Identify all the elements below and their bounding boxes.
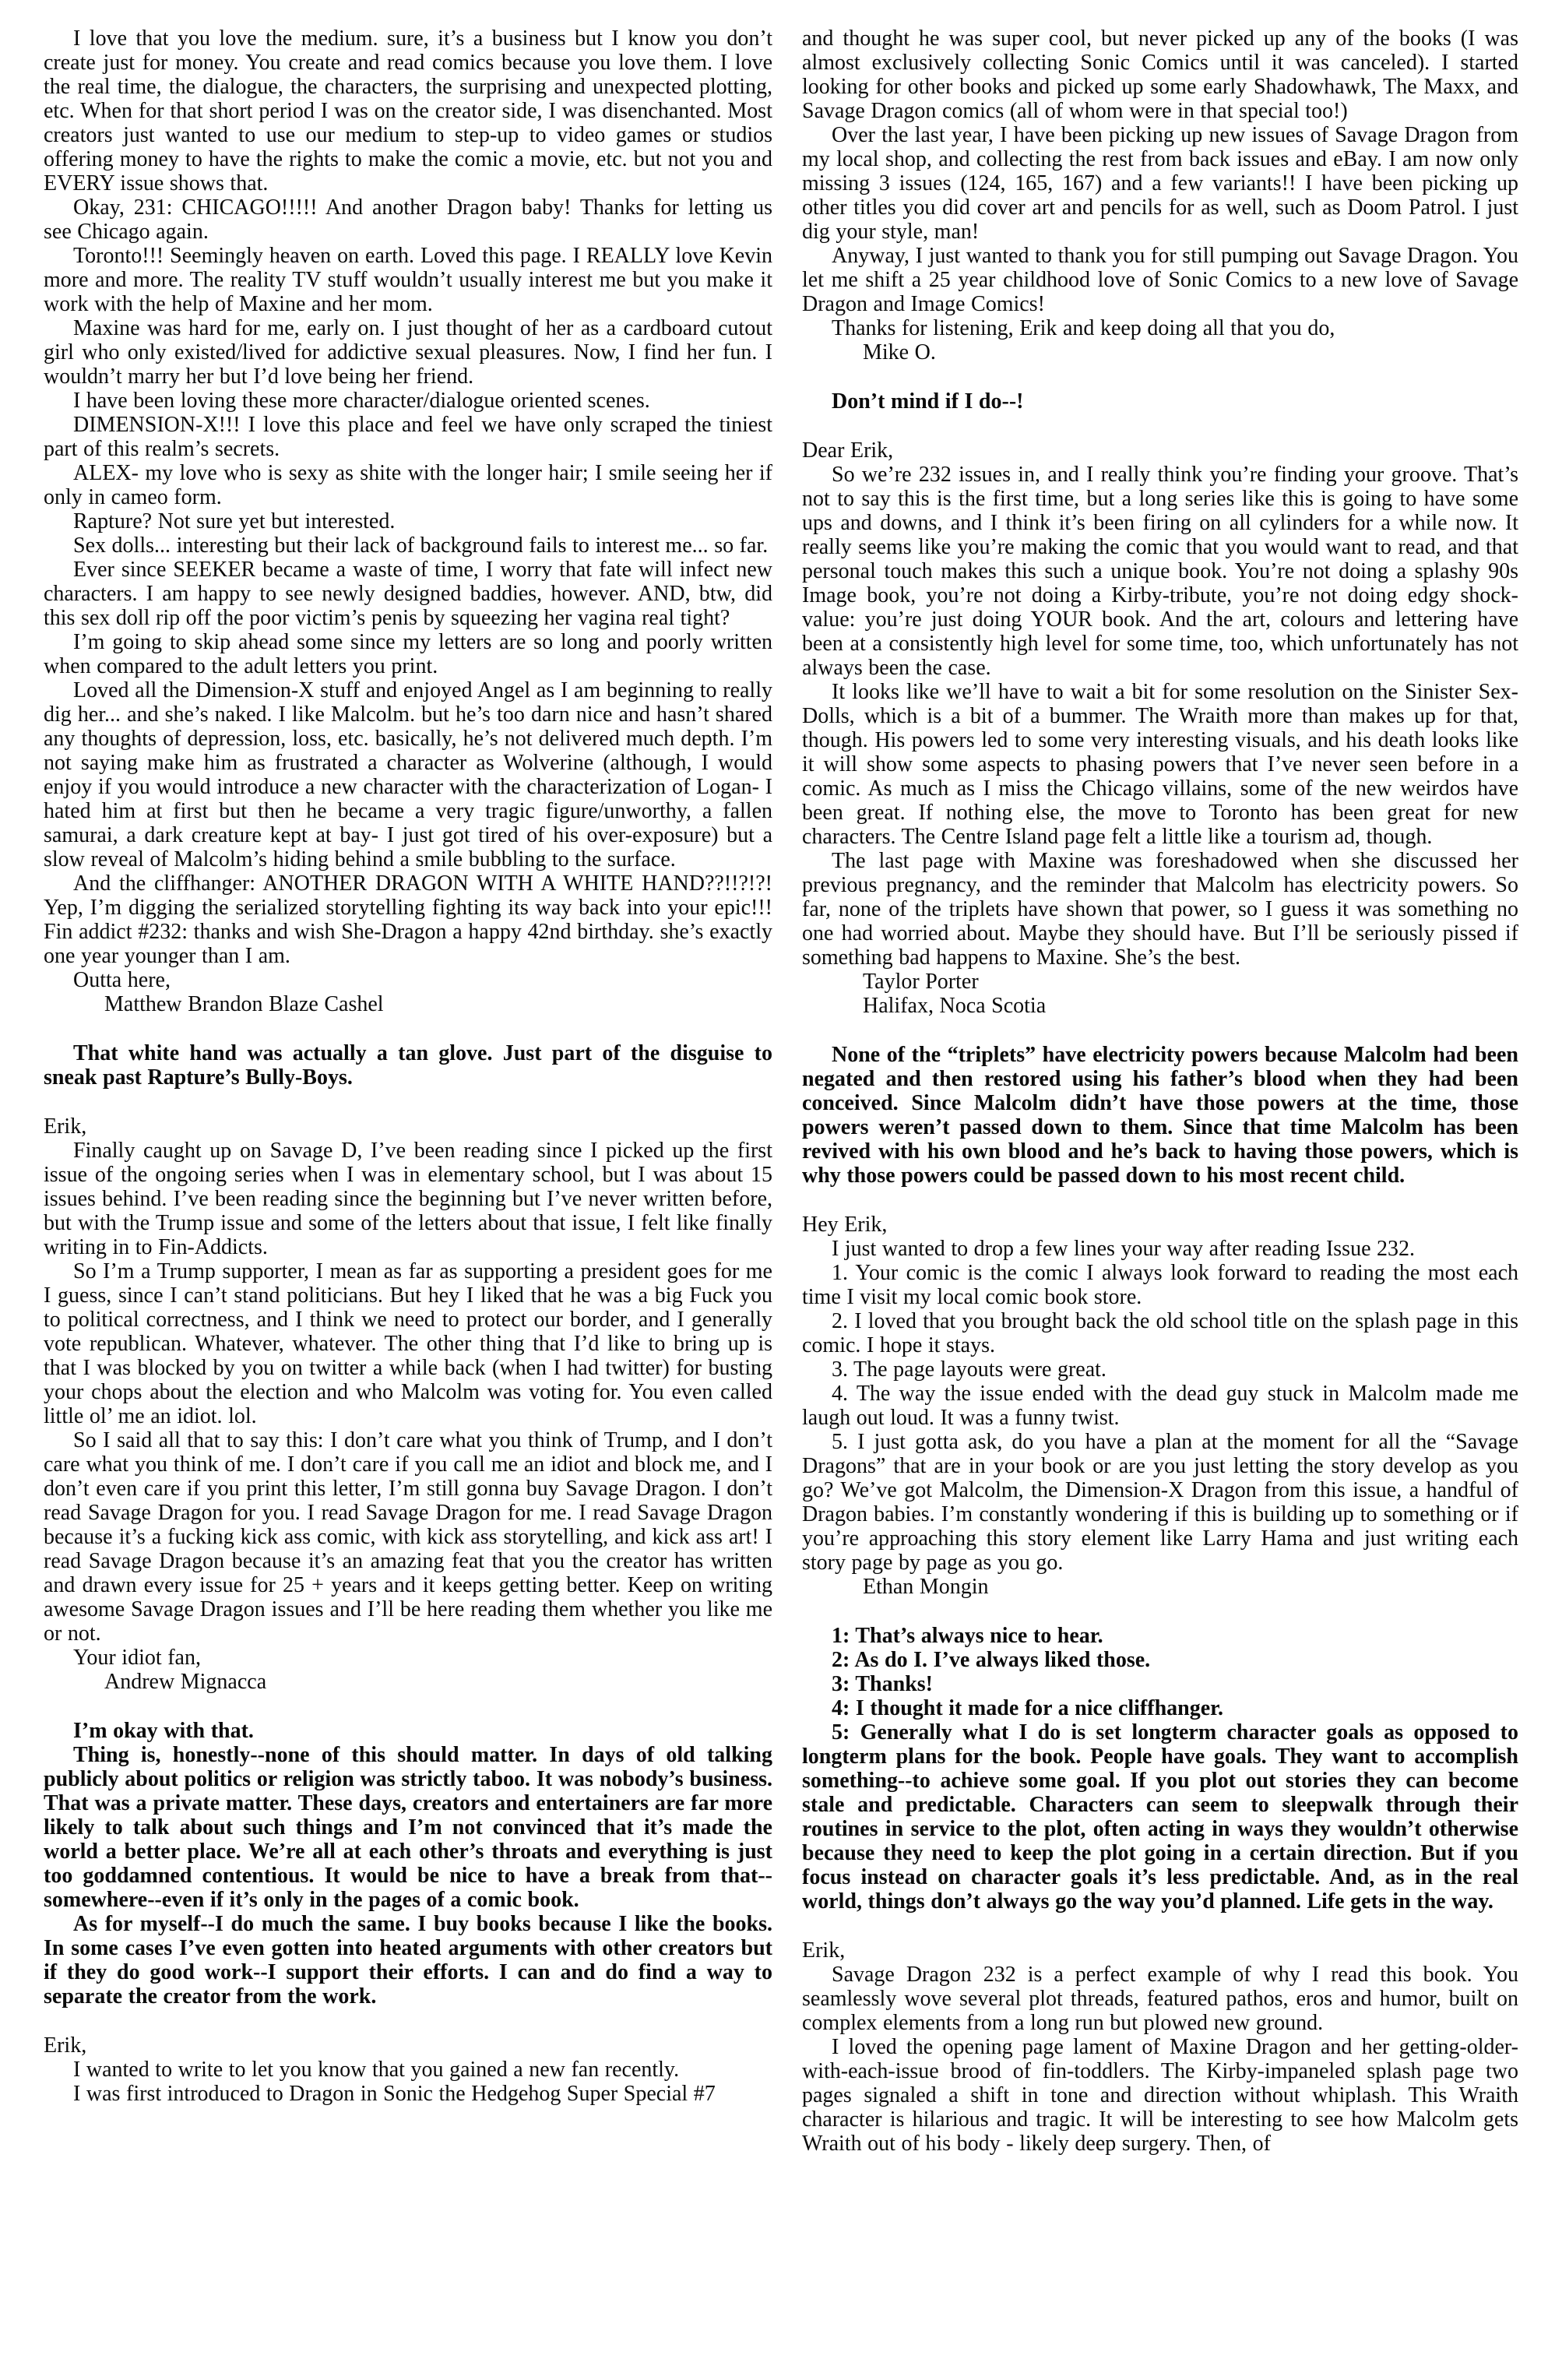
paragraph-body: The last page with Maxine was foreshadow… <box>802 849 1518 970</box>
paragraph-body: 1. Your comic is the comic I always look… <box>802 1261 1518 1309</box>
paragraph-body: 2. I loved that you brought back the old… <box>802 1309 1518 1357</box>
paragraph-body: I love that you love the medium. sure, i… <box>44 26 772 195</box>
paragraph-reply: 4: I thought it made for a nice cliffhan… <box>802 1696 1518 1720</box>
paragraph-body: Anyway, I just wanted to thank you for s… <box>802 244 1518 316</box>
left-column: I love that you love the medium. sure, i… <box>44 26 772 2380</box>
paragraph-signature: Ethan Mongin <box>802 1575 1518 1599</box>
paragraph-body: So we’re 232 issues in, and I really thi… <box>802 463 1518 680</box>
paragraph-body: Loved all the Dimension-X stuff and enjo… <box>44 678 772 871</box>
paragraph-reply: 1: That’s always nice to hear. <box>802 1624 1518 1648</box>
paragraph-salutation: Erik, <box>44 2033 772 2058</box>
paragraph-body: DIMENSION-X!!! I love this place and fee… <box>44 413 772 461</box>
paragraph-signature: Taylor Porter <box>802 970 1518 994</box>
spacer <box>802 1018 1518 1043</box>
paragraph-body: I have been loving these more character/… <box>44 389 772 413</box>
right-column: and thought he was super cool, but never… <box>802 26 1518 2380</box>
paragraph-salutation: Dear Erik, <box>802 438 1518 463</box>
paragraph-salutation: Erik, <box>44 1114 772 1139</box>
paragraph-body: 5. I just gotta ask, do you have a plan … <box>802 1430 1518 1575</box>
paragraph-body: Sex dolls... interesting but their lack … <box>44 533 772 558</box>
paragraph-body: 3. The page layouts were great. <box>802 1357 1518 1382</box>
paragraph-reply: 3: Thanks! <box>802 1672 1518 1696</box>
paragraph-cont: and thought he was super cool, but never… <box>802 26 1518 123</box>
paragraph-body: I just wanted to drop a few lines your w… <box>802 1237 1518 1261</box>
paragraph-signoff: Outta here, <box>44 968 772 992</box>
paragraph-signature: Mike O. <box>802 340 1518 364</box>
spacer <box>802 414 1518 438</box>
paragraph-body: Maxine was hard for me, early on. I just… <box>44 316 772 389</box>
spacer <box>802 1914 1518 1938</box>
paragraph-body: Finally caught up on Savage D, I’ve been… <box>44 1139 772 1259</box>
paragraph-salutation: Hey Erik, <box>802 1213 1518 1237</box>
paragraph-body: Ever since SEEKER became a waste of time… <box>44 558 772 630</box>
letters-page: I love that you love the medium. sure, i… <box>0 0 1548 2380</box>
paragraph-body: I was first introduced to Dragon in Soni… <box>44 2082 772 2106</box>
paragraph-reply: 5: Generally what I do is set longterm c… <box>802 1720 1518 1914</box>
spacer <box>802 1188 1518 1213</box>
paragraph-reply: Don’t mind if I do--! <box>802 389 1518 414</box>
spacer <box>802 1599 1518 1624</box>
paragraph-reply: Thing is, honestly--none of this should … <box>44 1743 772 1912</box>
paragraph-body: Rapture? Not sure yet but interested. <box>44 509 772 533</box>
paragraph-reply: That white hand was actually a tan glove… <box>44 1041 772 1090</box>
paragraph-body: I loved the opening page lament of Maxin… <box>802 2035 1518 2156</box>
paragraph-body: Savage Dragon 232 is a perfect example o… <box>802 1963 1518 2035</box>
paragraph-body: Toronto!!! Seemingly heaven on earth. Lo… <box>44 244 772 316</box>
paragraph-body: I’m going to skip ahead some since my le… <box>44 630 772 678</box>
paragraph-signature: Matthew Brandon Blaze Cashel <box>44 992 772 1016</box>
paragraph-body: 4. The way the issue ended with the dead… <box>802 1382 1518 1430</box>
paragraph-reply: 2: As do I. I’ve always liked those. <box>802 1648 1518 1672</box>
paragraph-salutation: Erik, <box>802 1938 1518 1963</box>
paragraph-body: Over the last year, I have been picking … <box>802 123 1518 244</box>
paragraph-signature: Andrew Mignacca <box>44 1670 772 1694</box>
paragraph-body: So I’m a Trump supporter, I mean as far … <box>44 1259 772 1428</box>
paragraph-signoff: Your idiot fan, <box>44 1646 772 1670</box>
paragraph-body: It looks like we’ll have to wait a bit f… <box>802 680 1518 849</box>
spacer <box>44 2009 772 2033</box>
paragraph-body: Thanks for listening, Erik and keep doin… <box>802 316 1518 340</box>
paragraph-reply: I’m okay with that. <box>44 1719 772 1743</box>
paragraph-body: And the cliffhanger: ANOTHER DRAGON WITH… <box>44 871 772 968</box>
paragraph-body: I wanted to write to let you know that y… <box>44 2058 772 2082</box>
spacer <box>44 1694 772 1719</box>
paragraph-body: So I said all that to say this: I don’t … <box>44 1428 772 1646</box>
spacer <box>802 364 1518 389</box>
paragraph-reply: None of the “triplets” have electricity … <box>802 1043 1518 1188</box>
paragraph-reply: As for myself--I do much the same. I buy… <box>44 1912 772 2009</box>
paragraph-signature: Halifax, Noca Scotia <box>802 994 1518 1018</box>
paragraph-body: ALEX- my love who is sexy as shite with … <box>44 461 772 509</box>
spacer <box>44 1090 772 1114</box>
spacer <box>44 1016 772 1041</box>
paragraph-body: Okay, 231: CHICAGO!!!!! And another Drag… <box>44 195 772 244</box>
